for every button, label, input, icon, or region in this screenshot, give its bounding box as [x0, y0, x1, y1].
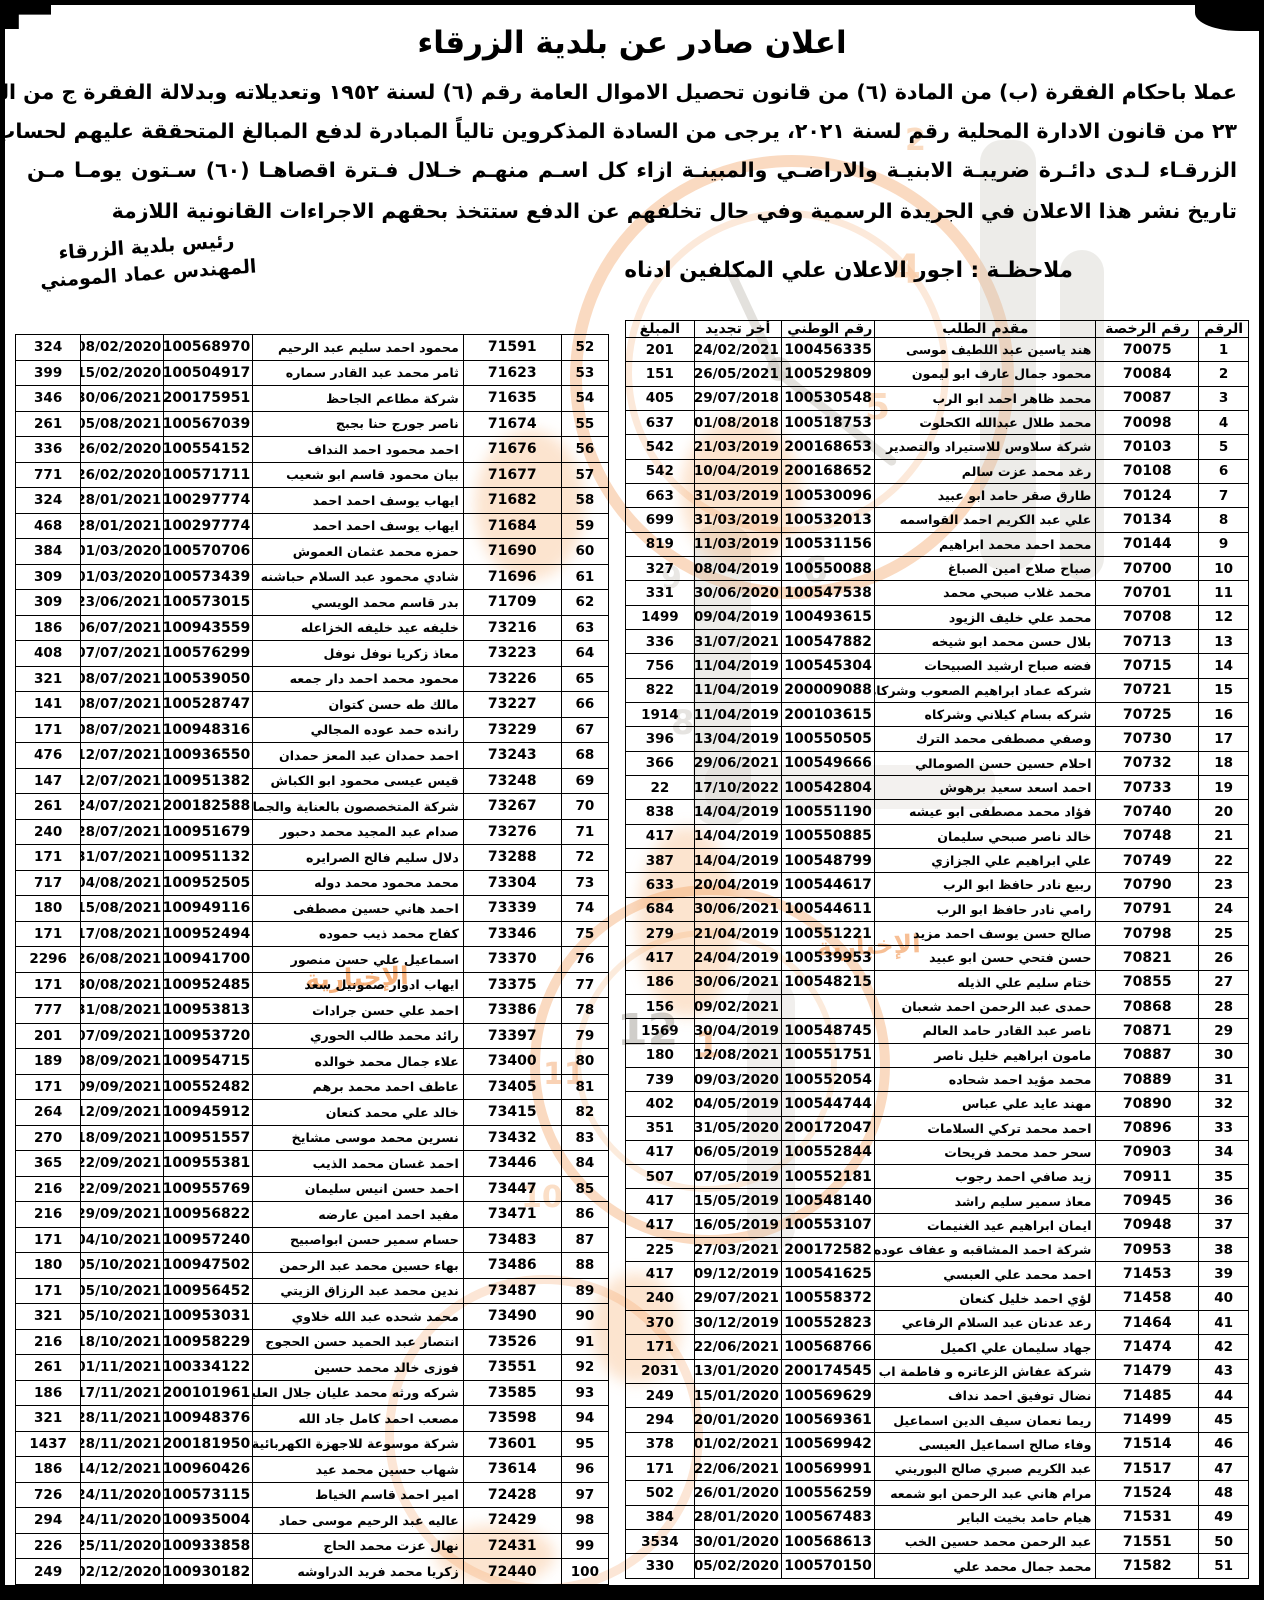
last-renewal-cell: 31/03/2019	[694, 483, 781, 507]
last-renewal-cell: 09/02/2021	[694, 994, 781, 1018]
national-id-cell: 100569361	[781, 1408, 874, 1432]
applicant-name-cell: ايمان ابراهيم عيد الغنيمات	[875, 1213, 1096, 1237]
applicant-name-cell: علي ابراهيم علي الجزازي	[875, 848, 1096, 872]
column-header: أخر تجديد	[694, 321, 781, 338]
amount-cell: 171	[16, 717, 81, 743]
amount-cell: 151	[626, 362, 695, 386]
amount-cell: 417	[626, 1140, 695, 1164]
last-renewal-cell: 31/05/2020	[694, 1116, 781, 1140]
national-id-cell: 100544744	[781, 1092, 874, 1116]
row-number-cell: 85	[561, 1176, 608, 1202]
license-number-cell: 72428	[463, 1482, 561, 1508]
row-number-cell: 9	[1199, 532, 1249, 556]
last-renewal-cell: 12/07/2021	[81, 768, 164, 794]
row-number-cell: 53	[561, 360, 608, 386]
amount-cell: 417	[626, 946, 695, 970]
national-id-cell: 100532013	[781, 508, 874, 532]
applicant-name-cell: حمزه محمد عثمان العموش	[253, 539, 464, 565]
taxpayers-table-rows-52-100: 5271591محمود احمد سليم عبد الرحيم1005689…	[15, 334, 609, 1585]
applicant-name-cell: مامون ابراهيم خليل ناصر	[875, 1043, 1096, 1067]
announcement-header: اعلان صادر عن بلدية الزرقاء عملا باحكام …	[5, 5, 1259, 232]
applicant-name-cell: عاليه عبد الرحيم موسى حماد	[253, 1508, 464, 1534]
row-number-cell: 67	[561, 717, 608, 743]
body-text-line: تاريخ نشر هذا الاعلان في الجريدة الرسمية…	[27, 190, 1237, 232]
applicant-name-cell: قيس عيسى محمود ابو الكباش	[253, 768, 464, 794]
amount-cell: 171	[16, 1227, 81, 1253]
table-row: 8973487ندين محمد عبد الرزاق الزيتي100956…	[16, 1278, 609, 1304]
row-number-cell: 6	[1199, 459, 1249, 483]
national-id-cell: 100930182	[164, 1559, 253, 1585]
license-number-cell: 71690	[463, 539, 561, 565]
table-row: 270084محمود جمال عارف ابو ليمون100529809…	[626, 362, 1249, 386]
last-renewal-cell: 31/08/2021	[81, 998, 164, 1024]
amount-cell: 171	[16, 1278, 81, 1304]
last-renewal-cell: 26/02/2020	[81, 462, 164, 488]
license-number-cell: 70945	[1096, 1189, 1199, 1213]
license-number-cell: 73267	[463, 794, 561, 820]
last-renewal-cell: 17/11/2021	[81, 1380, 164, 1406]
last-renewal-cell: 11/04/2019	[694, 702, 781, 726]
license-number-cell: 70134	[1096, 508, 1199, 532]
national-id-cell: 100954715	[164, 1049, 253, 1075]
row-number-cell: 18	[1199, 751, 1249, 775]
row-number-cell: 94	[561, 1406, 608, 1432]
applicant-name-cell: مالك طه حسن كتوان	[253, 692, 464, 718]
national-id-cell: 100953720	[164, 1023, 253, 1049]
amount-cell: 336	[626, 629, 695, 653]
row-number-cell: 83	[561, 1125, 608, 1151]
applicant-name-cell: علاء جمال محمد خوالده	[253, 1049, 464, 1075]
row-number-cell: 27	[1199, 970, 1249, 994]
amount-cell: 186	[16, 1380, 81, 1406]
license-number-cell: 70871	[1096, 1019, 1199, 1043]
applicant-name-cell: حسام سمير حسن ابواصبيح	[253, 1227, 464, 1253]
license-number-cell: 70855	[1096, 970, 1199, 994]
national-id-cell: 100952505	[164, 870, 253, 896]
national-id-cell: 100956822	[164, 1202, 253, 1228]
applicant-name-cell: جهاد سليمان علي اكميل	[875, 1335, 1096, 1359]
table-row: 2170748خالد ناصر صبحي سليمان10055088514/…	[626, 824, 1249, 848]
national-id-cell: 200175951	[164, 386, 253, 412]
national-id-cell: 100551221	[781, 921, 874, 945]
license-number-cell: 70890	[1096, 1092, 1199, 1116]
row-number-cell: 89	[561, 1278, 608, 1304]
last-renewal-cell: 12/07/2021	[81, 743, 164, 769]
row-number-cell: 93	[561, 1380, 608, 1406]
table-row: 1470715فضه صباح ارشيد الصبيحات1005453041…	[626, 654, 1249, 678]
row-number-cell: 41	[1199, 1311, 1249, 1335]
last-renewal-cell: 13/04/2019	[694, 727, 781, 751]
table-row: 2770855ختام سليم علي الذيله10054821530/0…	[626, 970, 1249, 994]
license-number-cell: 70715	[1096, 654, 1199, 678]
row-number-cell: 21	[1199, 824, 1249, 848]
table-row: 670108رغد محمد عزت سالم20016865210/04/20…	[626, 459, 1249, 483]
table-row: 3170889محمد مؤيد احمد شحاده10055205409/0…	[626, 1067, 1249, 1091]
table-row: 2270749علي ابراهيم علي الجزازي1005487991…	[626, 848, 1249, 872]
national-id-cell: 100542804	[781, 775, 874, 799]
last-renewal-cell: 24/11/2020	[81, 1508, 164, 1534]
table-row: 4171464رعد عدنان عبد السلام الرفاعي10055…	[626, 1311, 1249, 1335]
national-id-cell: 100960426	[164, 1457, 253, 1483]
national-id-cell: 100551190	[781, 800, 874, 824]
license-number-cell: 70700	[1096, 556, 1199, 580]
table-row: 6873243احمد حمدان عبد المعز حمدان1009365…	[16, 743, 609, 769]
table-row: 6973248قيس عيسى محمود ابو الكباش10095138…	[16, 768, 609, 794]
last-renewal-cell: 21/03/2019	[694, 435, 781, 459]
national-id-cell: 100554152	[164, 437, 253, 463]
amount-cell: 171	[16, 1074, 81, 1100]
row-number-cell: 26	[1199, 946, 1249, 970]
national-id-cell: 100943559	[164, 615, 253, 641]
row-number-cell: 58	[561, 488, 608, 514]
row-number-cell: 80	[561, 1049, 608, 1075]
row-number-cell: 73	[561, 870, 608, 896]
license-number-cell: 70868	[1096, 994, 1199, 1018]
row-number-cell: 15	[1199, 678, 1249, 702]
license-number-cell: 70948	[1096, 1213, 1199, 1237]
national-id-cell: 100567483	[781, 1505, 874, 1529]
table-row: 7473339احمد هاني حسين مصطفى10094911615/0…	[16, 896, 609, 922]
license-number-cell: 73601	[463, 1431, 561, 1457]
row-number-cell: 68	[561, 743, 608, 769]
table-row: 5671676احمد محمود احمد النداف10055415226…	[16, 437, 609, 463]
applicant-name-cell: دلال سليم فالح الصرايره	[253, 845, 464, 871]
row-number-cell: 38	[1199, 1238, 1249, 1262]
amount-cell: 777	[16, 998, 81, 1024]
national-id-cell: 100571711	[164, 462, 253, 488]
amount-cell: 249	[626, 1384, 695, 1408]
national-id-cell: 100952494	[164, 921, 253, 947]
row-number-cell: 17	[1199, 727, 1249, 751]
national-id-cell: 100568613	[781, 1530, 874, 1554]
table-row: 7873386احمد علي حسن جرادات10095381331/08…	[16, 998, 609, 1024]
taxpayers-table-rows-1-51: الرقمرقم الرخصةمقدم الطلبرقم الوطني للمن…	[625, 320, 1249, 1579]
table-row: 4571499ريما نعمان سيف الدين اسماعيل10056…	[626, 1408, 1249, 1432]
applicant-name-cell: رعد عدنان عبد السلام الرفاعي	[875, 1311, 1096, 1335]
last-renewal-cell: 24/02/2021	[694, 338, 781, 362]
applicant-name-cell: محمود احمد سليم عبد الرحيم	[253, 335, 464, 361]
applicant-name-cell: ايهاب ادوار صمونيل سعد	[253, 972, 464, 998]
row-number-cell: 69	[561, 768, 608, 794]
amount-cell: 216	[16, 1202, 81, 1228]
license-number-cell: 73614	[463, 1457, 561, 1483]
last-renewal-cell: 27/03/2021	[694, 1238, 781, 1262]
body-text-line: عملا باحكام الفقرة (ب) من المادة (٦) من …	[27, 73, 1237, 112]
last-renewal-cell: 16/05/2019	[694, 1213, 781, 1237]
applicant-name-cell: بيان محمود قاسم ابو شعيب	[253, 462, 464, 488]
national-id-cell: 200172047	[781, 1116, 874, 1140]
license-number-cell: 70087	[1096, 386, 1199, 410]
national-id-cell: 100531156	[781, 532, 874, 556]
signature-block: رئيس بلدية الزرقاء المهندس عماد المومني	[37, 227, 257, 296]
row-number-cell: 3	[1199, 386, 1249, 410]
national-id-cell: 100573015	[164, 590, 253, 616]
license-number-cell: 73227	[463, 692, 561, 718]
applicant-name-cell: شركه عماد ابراهيم الصعوب وشركاه	[875, 678, 1096, 702]
table-row: 5371623ثامر محمد عبد القادر سماره1005049…	[16, 360, 609, 386]
applicant-name-cell: احمد علي حسن جرادات	[253, 998, 464, 1024]
national-id-cell: 100548215	[781, 970, 874, 994]
license-number-cell: 70708	[1096, 605, 1199, 629]
license-number-cell: 70124	[1096, 483, 1199, 507]
row-number-cell: 7	[1199, 483, 1249, 507]
applicant-name-cell: امير احمد قاسم الخياط	[253, 1482, 464, 1508]
row-number-cell: 52	[561, 335, 608, 361]
last-renewal-cell: 01/02/2021	[694, 1432, 781, 1456]
row-number-cell: 19	[1199, 775, 1249, 799]
national-id-cell: 100530548	[781, 386, 874, 410]
license-number-cell: 70798	[1096, 921, 1199, 945]
license-number-cell: 73276	[463, 819, 561, 845]
table-row: 6773229رانده حمد عوده المجالي10094831608…	[16, 717, 609, 743]
national-id-cell: 200182588	[164, 794, 253, 820]
row-number-cell: 61	[561, 564, 608, 590]
applicant-name-cell: هند ياسين عبد اللطيف موسى	[875, 338, 1096, 362]
license-number-cell: 73490	[463, 1304, 561, 1330]
license-number-cell: 70896	[1096, 1116, 1199, 1140]
amount-cell: 147	[16, 768, 81, 794]
amount-cell: 261	[16, 794, 81, 820]
amount-cell: 387	[626, 848, 695, 872]
amount-cell: 201	[16, 1023, 81, 1049]
row-number-cell: 65	[561, 666, 608, 692]
national-id-cell: 100955769	[164, 1176, 253, 1202]
last-renewal-cell: 30/08/2021	[81, 972, 164, 998]
table-row: 8773483حسام سمير حسن ابواصبيح10095724004…	[16, 1227, 609, 1253]
amount-cell: 216	[16, 1329, 81, 1355]
license-number-cell: 71674	[463, 411, 561, 437]
license-number-cell: 71682	[463, 488, 561, 514]
applicant-name-cell: خليفه عيد خليفه الخزاعله	[253, 615, 464, 641]
row-number-cell: 86	[561, 1202, 608, 1228]
applicant-name-cell: محمد احمد محمد ابراهيم	[875, 532, 1096, 556]
table-row: 6473223معاذ زكريا نوفل نوفل10057629907/0…	[16, 641, 609, 667]
amount-cell: 684	[626, 897, 695, 921]
table-row: 5271591محمود احمد سليم عبد الرحيم1005689…	[16, 335, 609, 361]
last-renewal-cell: 01/08/2018	[694, 410, 781, 434]
license-number-cell: 71677	[463, 462, 561, 488]
national-id-cell: 100951132	[164, 845, 253, 871]
national-id-cell: 200101961	[164, 1380, 253, 1406]
license-number-cell: 73243	[463, 743, 561, 769]
applicant-name-cell: احمد حمدان عبد المعز حمدان	[253, 743, 464, 769]
table-row: 9972431نهال عزت محمد الحاج10093385825/11…	[16, 1533, 609, 1559]
national-id-cell: 100528747	[164, 692, 253, 718]
table-row: 2570798صالح حسن يوسف احمد مزيد1005512212…	[626, 921, 1249, 945]
table-row: 4071458لؤي احمد خليل كنعان10055837229/07…	[626, 1286, 1249, 1310]
row-number-cell: 63	[561, 615, 608, 641]
table-row: 2870868حمدى عبد الرحمن احمد شعبان09/02/2…	[626, 994, 1249, 1018]
applicant-name-cell: فضه صباح ارشيد الصبيحات	[875, 654, 1096, 678]
last-renewal-cell: 09/03/2020	[694, 1067, 781, 1091]
license-number-cell: 70108	[1096, 459, 1199, 483]
national-id-cell: 100947502	[164, 1253, 253, 1279]
last-renewal-cell: 20/04/2019	[694, 873, 781, 897]
table-row: 1570721شركه عماد ابراهيم الصعوب وشركاه20…	[626, 678, 1249, 702]
license-number-cell: 73304	[463, 870, 561, 896]
national-id-cell: 100504917	[164, 360, 253, 386]
applicant-name-cell: زكريا محمد فريد الدراوشه	[253, 1559, 464, 1585]
amount-cell: 637	[626, 410, 695, 434]
license-number-cell: 73223	[463, 641, 561, 667]
national-id-cell: 100936550	[164, 743, 253, 769]
applicant-name-cell: فؤاد محمد مصطفى ابو عيشه	[875, 800, 1096, 824]
license-number-cell: 70103	[1096, 435, 1199, 459]
applicant-name-cell: ناصر جورج حنا بجبج	[253, 411, 464, 437]
table-row: 570103شركة سلاوس للاستيراد والتصدير20016…	[626, 435, 1249, 459]
column-header: الرقم	[1199, 321, 1249, 338]
national-id-cell: 100297774	[164, 488, 253, 514]
last-renewal-cell: 05/08/2021	[81, 411, 164, 437]
national-id-cell: 100573439	[164, 564, 253, 590]
amount-cell: 321	[16, 1304, 81, 1330]
license-number-cell: 71479	[1096, 1359, 1199, 1383]
national-id-cell: 100953813	[164, 998, 253, 1024]
applicant-name-cell: احمد محمود احمد النداف	[253, 437, 464, 463]
amount-cell: 336	[16, 437, 81, 463]
last-renewal-cell: 11/03/2019	[694, 532, 781, 556]
last-renewal-cell: 22/06/2021	[694, 1335, 781, 1359]
last-renewal-cell: 30/06/2021	[694, 897, 781, 921]
applicant-name-cell: شهاب حسين محمد عيد	[253, 1457, 464, 1483]
national-id-cell: 100544617	[781, 873, 874, 897]
last-renewal-cell: 30/12/2019	[694, 1311, 781, 1335]
amount-cell: 180	[626, 1043, 695, 1067]
last-renewal-cell: 26/08/2021	[81, 947, 164, 973]
national-id-cell: 200009088	[781, 678, 874, 702]
row-number-cell: 50	[1199, 1530, 1249, 1554]
national-id-cell: 100545304	[781, 654, 874, 678]
last-renewal-cell: 09/09/2021	[81, 1074, 164, 1100]
applicant-name-cell: محمد شحده عبد الله خلاوي	[253, 1304, 464, 1330]
last-renewal-cell: 22/06/2021	[694, 1457, 781, 1481]
table-row: 3870953شركة احمد المشاقبه و عفاف عوده200…	[626, 1238, 1249, 1262]
national-id-cell: 100957240	[164, 1227, 253, 1253]
license-number-cell: 73432	[463, 1125, 561, 1151]
applicant-name-cell: ندين محمد عبد الرزاق الزيتي	[253, 1278, 464, 1304]
row-number-cell: 29	[1199, 1019, 1249, 1043]
license-number-cell: 70732	[1096, 751, 1199, 775]
license-number-cell: 71531	[1096, 1505, 1199, 1529]
amount-cell: 279	[626, 921, 695, 945]
national-id-cell: 100958229	[164, 1329, 253, 1355]
national-id-cell: 100956452	[164, 1278, 253, 1304]
table-row: 7373304محمد محمود محمد دوله10095250504/0…	[16, 870, 609, 896]
amount-cell: 226	[16, 1533, 81, 1559]
national-id-cell: 100953031	[164, 1304, 253, 1330]
applicant-name-cell: خالد ناصر صبحي سليمان	[875, 824, 1096, 848]
license-number-cell: 73447	[463, 1176, 561, 1202]
amount-cell: 502	[626, 1481, 695, 1505]
applicant-name-cell: بدر قاسم محمد الويسي	[253, 590, 464, 616]
amount-cell: 321	[16, 1406, 81, 1432]
license-number-cell: 73405	[463, 1074, 561, 1100]
national-id-cell: 100548745	[781, 1019, 874, 1043]
amount-cell: 351	[626, 1116, 695, 1140]
table-row: 1870732احلام حسين حسن الصومالي1005496662…	[626, 751, 1249, 775]
amount-cell: 468	[16, 513, 81, 539]
table-row: 8273415خالد علي محمد كنعان10094591212/09…	[16, 1100, 609, 1126]
national-id-cell: 200103615	[781, 702, 874, 726]
amount-cell: 507	[626, 1165, 695, 1189]
national-id-cell: 100550505	[781, 727, 874, 751]
amount-cell: 1569	[626, 1019, 695, 1043]
table-row: 9173526انتصار عبد الحميد حسن الحجوج10095…	[16, 1329, 609, 1355]
amount-cell: 264	[16, 1100, 81, 1126]
row-number-cell: 95	[561, 1431, 608, 1457]
table-row: 4971531هيام حامد بخيت الباير10056748328/…	[626, 1505, 1249, 1529]
last-renewal-cell: 14/04/2019	[694, 824, 781, 848]
license-number-cell: 73216	[463, 615, 561, 641]
amount-cell: 417	[626, 1262, 695, 1286]
applicant-name-cell: ناصر عبد القادر حامد العالم	[875, 1019, 1096, 1043]
license-number-cell: 70791	[1096, 897, 1199, 921]
last-renewal-cell: 04/10/2021	[81, 1227, 164, 1253]
last-renewal-cell: 18/09/2021	[81, 1125, 164, 1151]
last-renewal-cell: 11/04/2019	[694, 654, 781, 678]
row-number-cell: 84	[561, 1151, 608, 1177]
row-number-cell: 78	[561, 998, 608, 1024]
license-number-cell: 71453	[1096, 1262, 1199, 1286]
applicant-name-cell: خالد علي محمد كنعان	[253, 1100, 464, 1126]
amount-cell: 2296	[16, 947, 81, 973]
row-number-cell: 92	[561, 1355, 608, 1381]
license-number-cell: 70733	[1096, 775, 1199, 799]
table-row: 3370896احمد محمد تركي السلامات2001720473…	[626, 1116, 1249, 1140]
national-id-cell: 100552844	[781, 1140, 874, 1164]
table-header-row: الرقمرقم الرخصةمقدم الطلبرقم الوطني للمن…	[626, 321, 1249, 338]
row-number-cell: 59	[561, 513, 608, 539]
table-row: 4371479شركة عفاش الزعاتره و فاطمة اب2001…	[626, 1359, 1249, 1383]
row-number-cell: 77	[561, 972, 608, 998]
license-number-cell: 73226	[463, 666, 561, 692]
amount-cell: 324	[16, 488, 81, 514]
amount-cell: 249	[16, 1559, 81, 1585]
applicant-name-cell: محمد علي خليف الزيود	[875, 605, 1096, 629]
table-row: 8873486بهاء حسين محمد عبد الرحمن10094750…	[16, 1253, 609, 1279]
applicant-name-cell: محمد محمود محمد دوله	[253, 870, 464, 896]
license-number-cell: 71591	[463, 335, 561, 361]
table-row: 6373216خليفه عيد خليفه الخزاعله100943559…	[16, 615, 609, 641]
row-number-cell: 62	[561, 590, 608, 616]
last-renewal-cell: 15/01/2020	[694, 1384, 781, 1408]
applicant-name-cell: بهاء حسين محمد عبد الرحمن	[253, 1253, 464, 1279]
row-number-cell: 23	[1199, 873, 1249, 897]
national-id-cell: 200172582	[781, 1238, 874, 1262]
amount-cell: 771	[16, 462, 81, 488]
license-number-cell: 70887	[1096, 1043, 1199, 1067]
applicant-name-cell: عبد الكريم صبري صالح البوريني	[875, 1457, 1096, 1481]
row-number-cell: 22	[1199, 848, 1249, 872]
license-number-cell: 73370	[463, 947, 561, 973]
tables-container: الرقمرقم الرخصةمقدم الطلبرقم الوطني للمن…	[5, 320, 1259, 1585]
row-number-cell: 64	[561, 641, 608, 667]
applicant-name-cell: ايهاب يوسف احمد احمد	[253, 488, 464, 514]
row-number-cell: 34	[1199, 1140, 1249, 1164]
row-number-cell: 30	[1199, 1043, 1249, 1067]
row-number-cell: 25	[1199, 921, 1249, 945]
last-renewal-cell: 30/01/2020	[694, 1530, 781, 1554]
national-id-cell	[781, 994, 874, 1018]
applicant-name-cell: محمد مؤيد احمد شحاده	[875, 1067, 1096, 1091]
national-id-cell: 100948376	[164, 1406, 253, 1432]
national-id-cell: 100568766	[781, 1335, 874, 1359]
license-number-cell: 71524	[1096, 1481, 1199, 1505]
table-row: 1370713بلال حسن محمد ابو شيخه10054788231…	[626, 629, 1249, 653]
table-row: 870134علي عبد الكريم احمد القواسمه100532…	[626, 508, 1249, 532]
last-renewal-cell: 09/04/2019	[694, 605, 781, 629]
license-number-cell: 70098	[1096, 410, 1199, 434]
